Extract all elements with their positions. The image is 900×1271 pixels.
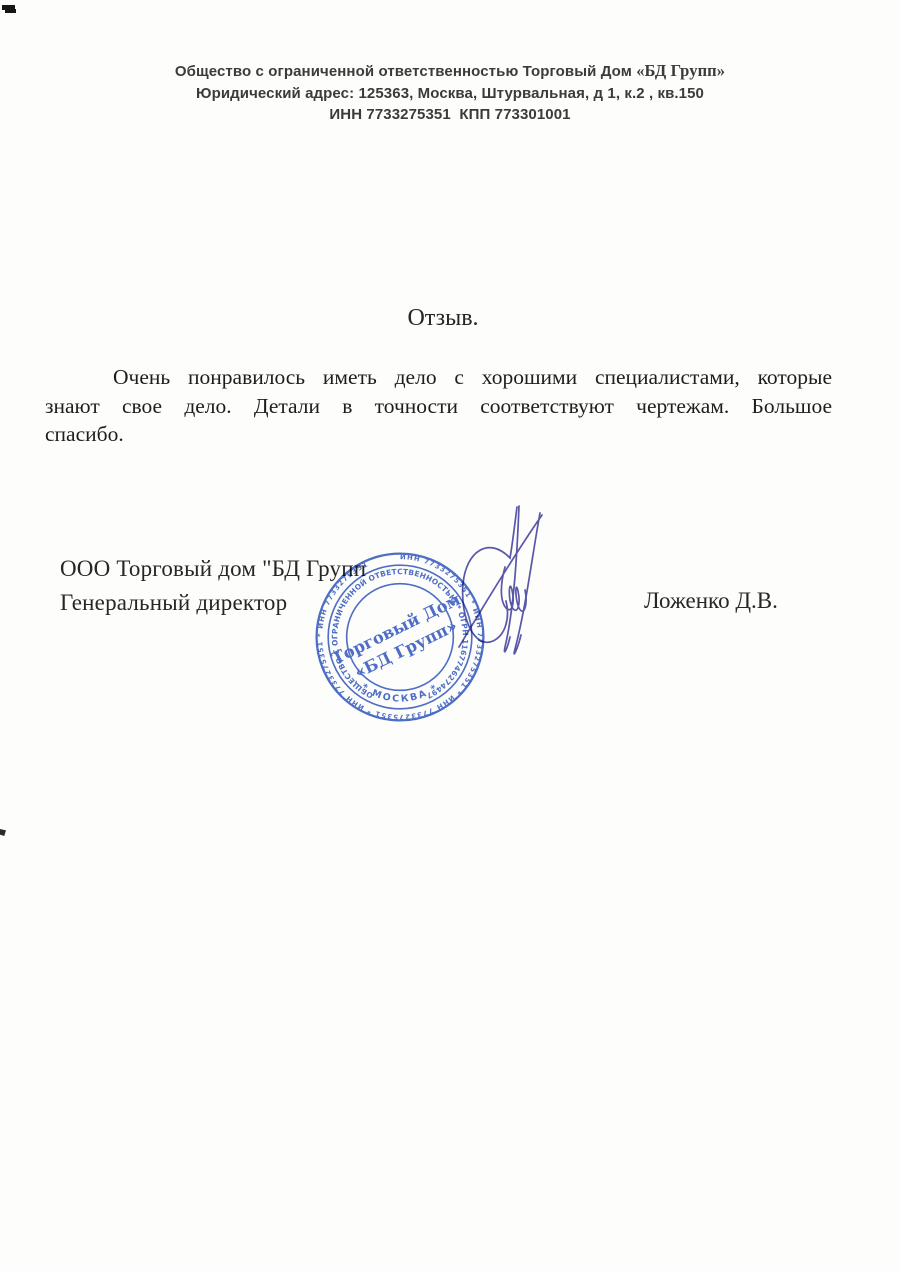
letterhead-line1: Общество с ограниченной ответственностью… [0,60,900,83]
paragraph-line: Очень понравилось иметь дело с хорошими … [45,363,832,392]
signature-long-stroke-1 [504,506,519,652]
review-paragraph: Очень понравилось иметь дело с хорошими … [45,363,832,449]
letterhead-company-name: Общество с ограниченной ответственностью… [175,63,636,80]
letterhead-address: Юридический адрес: 125363, Москва, Штурв… [0,83,900,105]
letterhead-inn-kpp: ИНН 7733275351 КПП 773301001 [0,104,900,126]
signature-diagonal-stroke [459,515,542,647]
letterhead-brand-name: «БД Групп» [636,61,725,80]
letterhead: Общество с ограниченной ответственностью… [0,60,900,126]
document-title: Отзыв. [0,305,893,332]
scan-artifact-corner [2,5,15,10]
signer-name: Ложенко Д.В. [644,588,778,614]
paragraph-line: знают свое дело. Детали в точности соотв… [45,392,832,421]
scan-artifact-edge [0,829,6,836]
scanned-letter-page: Общество с ограниченной ответственностью… [0,0,900,1271]
signoff-position-line: Генеральный директор [60,590,287,616]
handwritten-signature [425,497,560,697]
paragraph-line: спасибо. [45,420,832,449]
